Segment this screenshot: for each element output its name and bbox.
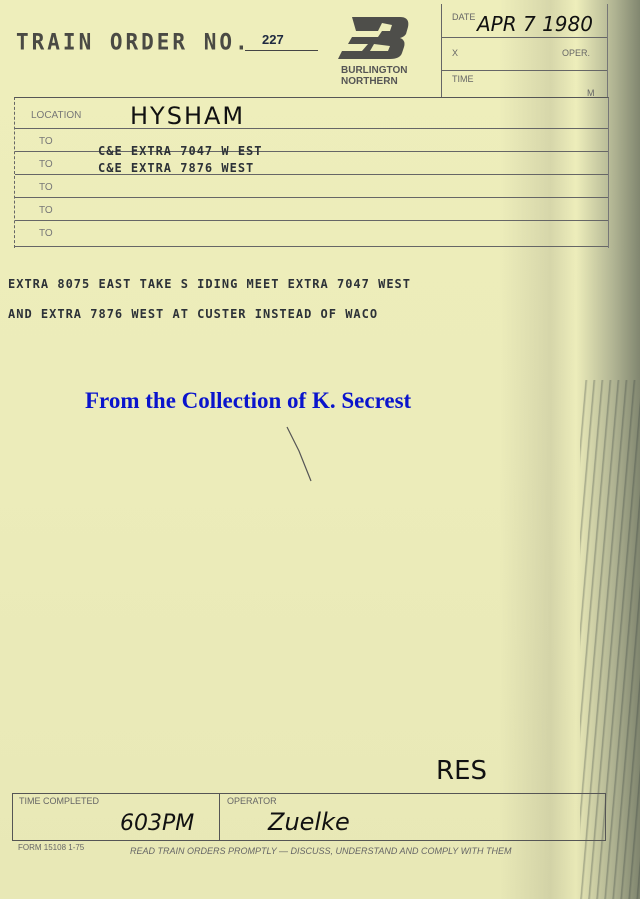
order-number-underline bbox=[245, 50, 318, 51]
location-value: HYSHAM bbox=[130, 102, 245, 130]
oper-label: OPER. bbox=[562, 48, 590, 58]
order-text-line-1: EXTRA 8075 EAST TAKE S IDING MEET EXTRA … bbox=[8, 277, 411, 291]
to-label-4: TO bbox=[39, 205, 53, 216]
collection-watermark: From the Collection of K. Secrest bbox=[85, 388, 411, 414]
form-title: TRAIN ORDER NO. bbox=[16, 29, 251, 54]
x-label: X bbox=[452, 48, 458, 58]
brand-line-1: BURLINGTON bbox=[341, 65, 407, 76]
order-number: 227 bbox=[262, 32, 284, 47]
grid-line bbox=[15, 220, 608, 221]
grid-line bbox=[15, 197, 608, 198]
time-label: TIME bbox=[452, 74, 474, 84]
time-completed-value: 603PM bbox=[120, 811, 194, 836]
grid-line bbox=[15, 128, 608, 129]
completion-divider bbox=[219, 794, 220, 840]
order-text-line-2: AND EXTRA 7876 WEST AT CUSTER INSTEAD OF… bbox=[8, 307, 378, 321]
brand-name: BURLINGTON NORTHERN bbox=[341, 65, 407, 87]
initials: RES bbox=[436, 756, 487, 786]
time-completed-label: TIME COMPLETED bbox=[19, 796, 99, 806]
x-oper-row: X OPER. bbox=[442, 37, 607, 71]
to-label-5: TO bbox=[39, 228, 53, 239]
grid-line bbox=[15, 246, 608, 247]
location-label: LOCATION bbox=[31, 110, 81, 121]
date-label: DATE bbox=[452, 12, 475, 22]
to-label-2: TO bbox=[39, 159, 53, 170]
bn-logo-icon bbox=[338, 17, 410, 59]
to-label-1: TO bbox=[39, 136, 53, 147]
pencil-mark bbox=[285, 425, 315, 485]
operator-signature: Zuelke bbox=[268, 808, 350, 836]
form-number: FORM 15108 1-75 bbox=[18, 843, 84, 852]
instruction-footer: READ TRAIN ORDERS PROMPTLY — DISCUSS, UN… bbox=[130, 846, 512, 856]
operator-label: OPERATOR bbox=[227, 796, 277, 806]
to-label-3: TO bbox=[39, 182, 53, 193]
date-value: APR 7 1980 bbox=[477, 12, 593, 36]
to-value-2: C&E EXTRA 7876 WEST bbox=[98, 161, 254, 175]
to-value-1: C&E EXTRA 7047 W EST bbox=[98, 144, 263, 158]
brand-line-2: NORTHERN bbox=[341, 76, 407, 87]
